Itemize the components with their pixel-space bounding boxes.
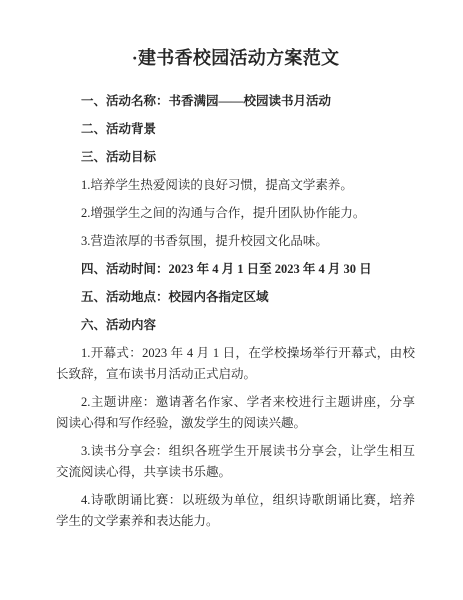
heading-activity-goals: 三、活动目标 [56, 147, 415, 168]
document-page: ·建书香校园活动方案范文 一、活动名称：书香满园——校园读书月活动 二、活动背景… [0, 0, 463, 600]
goal-item-1: 1.培养学生热爱阅读的良好习惯，提高文学素养。 [56, 175, 415, 196]
goal-item-3: 3.营造浓厚的书香氛围，提升校园文化品味。 [56, 231, 415, 252]
paragraph-theme-lecture: 2.主题讲座：邀请著名作家、学者来校进行主题讲座，分享阅读心得和写作经验，激发学… [56, 392, 415, 434]
goal-item-2: 2.增强学生之间的沟通与合作，提升团队协作能力。 [56, 203, 415, 224]
heading-activity-name: 一、活动名称：书香满园——校园读书月活动 [56, 91, 415, 112]
heading-activity-time: 四、活动时间：2023 年 4 月 1 日至 2023 年 4 月 30 日 [56, 259, 415, 280]
paragraph-opening-ceremony: 1.开幕式：2023 年 4 月 1 日，在学校操场举行开幕式，由校长致辞，宣布… [56, 343, 415, 385]
paragraph-reading-share: 3.读书分享会：组织各班学生开展读书分享会，让学生相互交流阅读心得，共享读书乐趣… [56, 441, 415, 483]
paragraph-poetry-contest: 4.诗歌朗诵比赛：以班级为单位，组织诗歌朗诵比赛，培养学生的文学素养和表达能力。 [56, 490, 415, 532]
heading-activity-background: 二、活动背景 [56, 119, 415, 140]
heading-activity-location: 五、活动地点：校园内各指定区域 [56, 287, 415, 308]
document-title: ·建书香校园活动方案范文 [56, 46, 415, 70]
heading-activity-content: 六、活动内容 [56, 315, 415, 336]
